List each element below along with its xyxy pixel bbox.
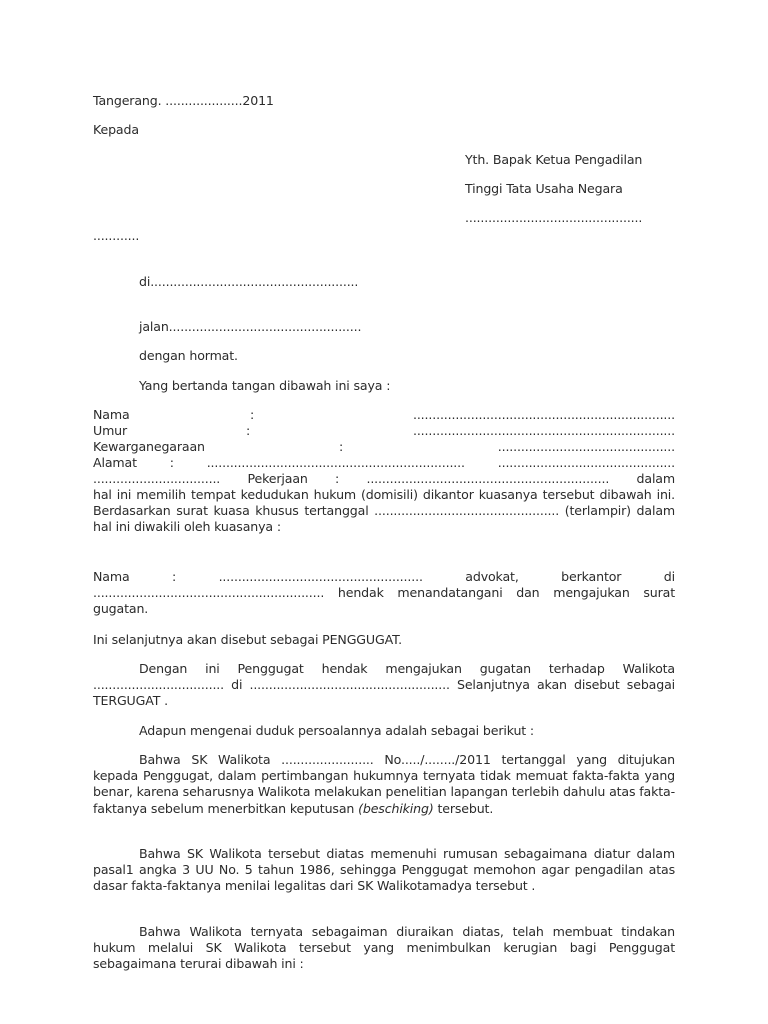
di-line: di......................................… [139,274,675,290]
intro-line: Yang bertanda tangan dibawah ini saya : [139,378,675,394]
nama-label: Nama [93,407,130,423]
umur-label: Umur [93,423,127,439]
sk-walikota-paragraph: Bahwa SK Walikota ......................… [93,752,675,817]
domisili-paragraph: hal ini memilih tempat kedudukan hukum (… [93,487,675,536]
kepada-label: Kepada [93,122,675,138]
identity-umur-row: Umur : .................................… [93,423,675,439]
duduk-persoalan-line: Adapun mengenai duduk persoalannya adala… [139,723,675,739]
kerugian-paragraph: Bahwa Walikota ternyata sebagaiman diura… [93,924,675,973]
recipient-line-1: Yth. Bapak Ketua Pengadilan [465,152,675,168]
kewarganegaraan-label: Kewarganegaraan [93,439,205,455]
penggugat-line: Ini selanjutnya akan disebut sebagai PEN… [93,632,675,648]
gugatan-paragraph: Dengan ini Penggugat hendak mengajukan g… [93,661,675,710]
recipient-line-3-cont: ............ [93,228,675,244]
place-date: Tangerang. ....................2011 [93,93,675,109]
umur-value: ........................................… [365,423,675,439]
pekerjaan-line: ................................. Pekerj… [93,471,675,487]
umur-colon: : [246,423,250,439]
recipient-line-3: ........................................… [465,210,675,226]
identity-nama-row: Nama : .................................… [93,407,675,423]
recipient-line-2: Tinggi Tata Usaha Negara [465,181,675,197]
jalan-line: jalan...................................… [139,319,675,335]
nama-value: ........................................… [369,407,675,423]
document-page: Tangerang. ....................2011 Kepa… [0,0,768,1024]
identity-kewarganegaraan-row: Kewarganegaraan : ......................… [93,439,675,455]
legalitas-paragraph: Bahwa SK Walikota tersebut diatas memenu… [93,846,675,895]
alamat-line: Alamat : ...............................… [93,455,675,471]
nama-colon: : [250,407,254,423]
kewarganegaraan-value: ........................................… [462,439,675,455]
kewarganegaraan-colon: : [339,439,343,455]
kuasa-paragraph: Nama : .................................… [93,569,675,618]
salutation: dengan hormat. [139,348,675,364]
